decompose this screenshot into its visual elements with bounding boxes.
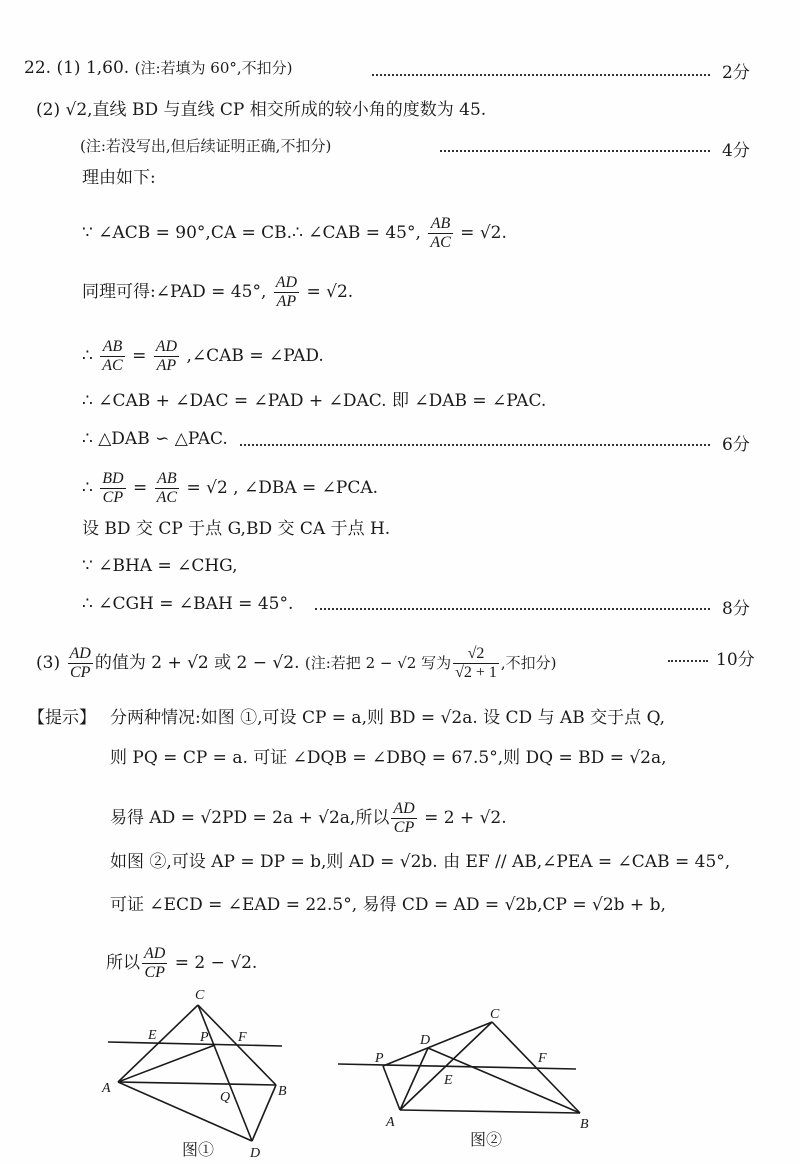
leader-dots: [668, 660, 708, 662]
problem-number: 22.: [24, 58, 51, 78]
point-label-a: A: [101, 1081, 111, 1096]
point-label-q: Q: [220, 1090, 230, 1105]
leader-dots: [440, 150, 710, 152]
point-label-d: D: [419, 1033, 430, 1048]
hint-line: 则 PQ = CP = a. 可证 ∠DQB = ∠DBQ = 67.5°,则 …: [110, 748, 667, 768]
proof-step: ∴ ∠CAB + ∠DAC = ∠PAD + ∠DAC. 即 ∠DAB = ∠P…: [82, 391, 546, 411]
point-label-p: P: [374, 1051, 384, 1066]
part1-answer: 1,60.: [86, 58, 129, 78]
fraction: √2√2 + 1: [453, 645, 499, 682]
equals: =: [133, 478, 147, 498]
figure-1-caption: 图①: [182, 1137, 214, 1160]
part1-line: 22. (1) 1,60. (注:若填为 60°,不扣分): [24, 58, 293, 78]
part2-note: (注:若没写出,但后续证明正确,不扣分): [80, 136, 331, 156]
fraction: ABAC: [100, 338, 124, 375]
fraction: ABAC: [428, 215, 452, 252]
fraction: ABAC: [155, 470, 179, 507]
point-label-f: F: [537, 1051, 547, 1066]
hint-line: 易得 AD = √2PD = 2a + √2a,所以ADCP = 2 + √2.: [110, 800, 507, 837]
fraction: ADAP: [154, 338, 179, 375]
step-text: ∵ ∠ACB = 90°,CA = CB.∴ ∠CAB = 45°,: [82, 223, 421, 243]
point-label-f: F: [237, 1030, 247, 1045]
point-label-e: E: [443, 1073, 453, 1088]
part2-line: (2) √2,直线 BD 与直线 CP 相交所成的较小角的度数为 45.: [36, 100, 486, 120]
step-text: ,∠CAB = ∠PAD.: [186, 346, 323, 366]
part2-label: (2): [36, 100, 60, 120]
hint-line: 分两种情况:如图 ①,可设 CP = a,则 BD = √2a. 设 CD 与 …: [110, 708, 665, 728]
proof-step: ∴ BDCP = ABAC = √2 , ∠DBA = ∠PCA.: [82, 470, 378, 507]
part3-note: ,不扣分): [501, 654, 557, 672]
part2-answer: √2,直线 BD 与直线 CP 相交所成的较小角的度数为 45.: [66, 100, 487, 120]
hint-text: = 2 + √2.: [424, 808, 507, 828]
step-text: = √2.: [460, 223, 507, 243]
step-text: ∴: [82, 346, 93, 366]
part3-answer: 的值为 2 + √2 或 2 − √2.: [95, 653, 300, 673]
score-10: 10分: [716, 645, 755, 670]
fraction: ADCP: [68, 645, 93, 682]
step-text: = √2 , ∠DBA = ∠PCA.: [186, 478, 378, 498]
hint-text: = 2 − √2.: [175, 953, 258, 973]
fraction: ADAP: [274, 274, 299, 311]
hint-text: 所以: [106, 953, 140, 973]
proof-step: ∴ ABAC = ADAP ,∠CAB = ∠PAD.: [82, 338, 324, 375]
point-label-b: B: [278, 1084, 287, 1099]
hint-line: 可证 ∠ECD = ∠EAD = 22.5°, 易得 CD = AD = √2b…: [110, 895, 666, 915]
point-label-p: P: [199, 1030, 209, 1045]
reason-intro: 理由如下:: [82, 168, 156, 188]
part1-label: (1): [56, 58, 80, 78]
point-label-b: B: [580, 1117, 589, 1132]
proof-step: ∵ ∠BHA = ∠CHG,: [82, 556, 238, 576]
figure-1-diagram: C E P F A Q B D: [80, 975, 320, 1164]
step-text: = √2.: [306, 282, 353, 302]
point-label-a: A: [385, 1115, 395, 1130]
part3-note: (注:若把 2 − √2 写为: [305, 654, 451, 672]
score-8: 8分: [722, 594, 750, 619]
proof-step: ∴ △DAB ∽ △PAC.: [82, 429, 228, 449]
score-2: 2分: [722, 58, 750, 83]
part3-line: (3) ADCP的值为 2 + √2 或 2 − √2. (注:若把 2 − √…: [36, 645, 557, 682]
part1-note: (注:若填为 60°,不扣分): [135, 59, 293, 77]
equals: =: [132, 346, 146, 366]
score-4: 4分: [722, 136, 750, 161]
point-label-c: C: [195, 988, 205, 1003]
hint-label: 【提示】: [28, 708, 96, 728]
score-6: 6分: [722, 430, 750, 455]
hint-line: 如图 ②,可设 AP = DP = b,则 AD = √2b. 由 EF // …: [110, 852, 730, 872]
step-text: ∴: [82, 478, 93, 498]
point-label-c: C: [490, 1007, 500, 1022]
point-label-e: E: [147, 1028, 157, 1043]
figure-2-diagram: C D P E F A B: [320, 990, 600, 1164]
hint-text: 易得 AD = √2PD = 2a + √2a,所以: [110, 808, 389, 828]
figure-2-caption: 图②: [470, 1127, 502, 1150]
proof-step: 设 BD 交 CP 于点 G,BD 交 CA 于点 H.: [82, 519, 390, 539]
part3-label: (3): [36, 653, 60, 673]
fraction: ADCP: [391, 800, 416, 837]
proof-step: ∵ ∠ACB = 90°,CA = CB.∴ ∠CAB = 45°, ABAC …: [82, 215, 507, 252]
proof-step: ∴ ∠CGH = ∠BAH = 45°.: [82, 594, 293, 614]
point-label-d: D: [249, 1146, 260, 1161]
proof-step: 同理可得:∠PAD = 45°, ADAP = √2.: [82, 274, 353, 311]
leader-dots: [240, 444, 710, 446]
step-text: 同理可得:∠PAD = 45°,: [82, 282, 266, 302]
fraction: BDCP: [100, 470, 125, 507]
leader-dots: [372, 74, 710, 76]
leader-dots: [315, 608, 710, 610]
